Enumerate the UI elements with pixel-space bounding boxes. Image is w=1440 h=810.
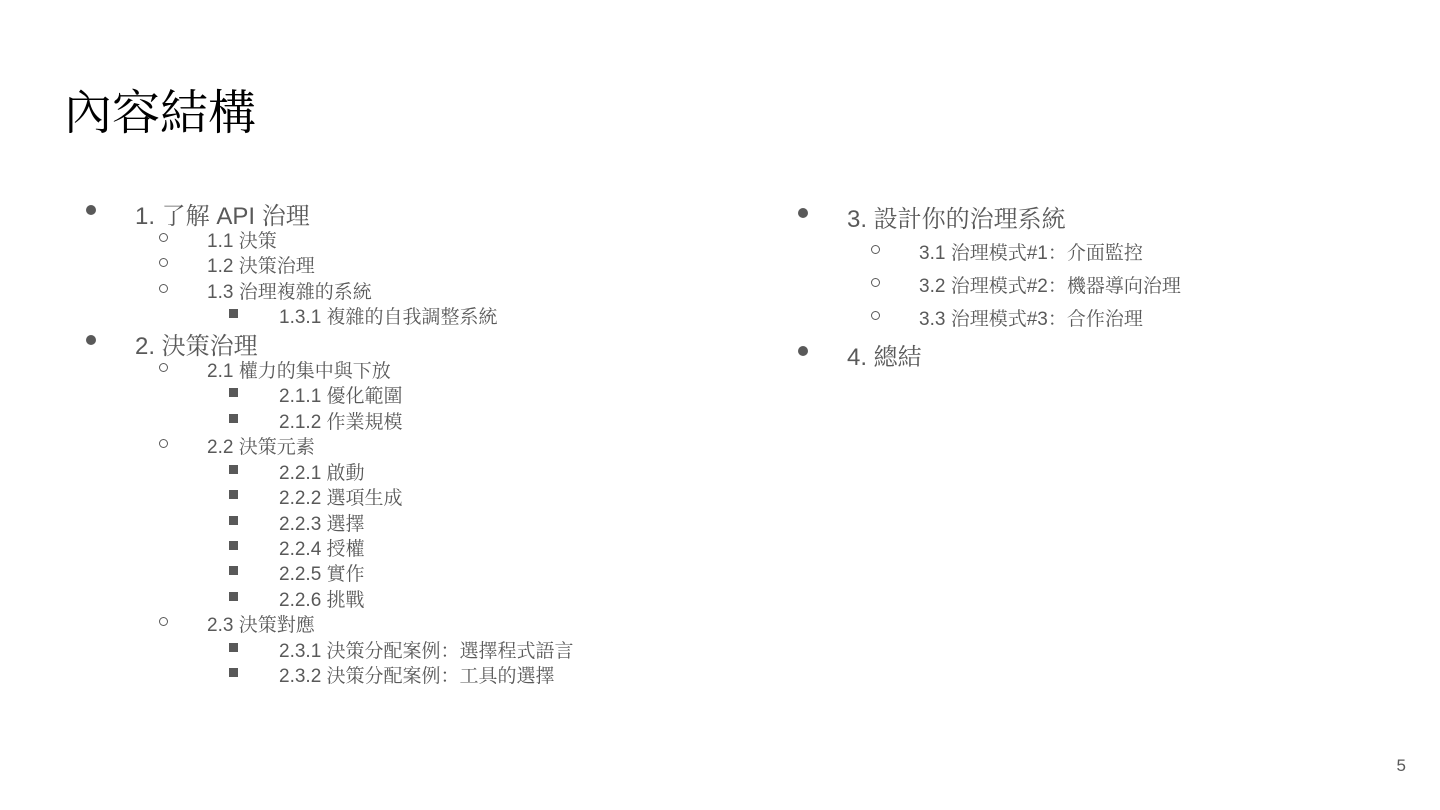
hollow-circle-bullet-icon (159, 363, 168, 372)
square-bullet-icon (229, 643, 238, 652)
square-bullet-icon (229, 541, 238, 550)
hollow-circle-bullet-icon (159, 233, 168, 242)
hollow-circle-bullet-icon (871, 278, 880, 287)
hollow-circle-bullet-icon (159, 617, 168, 626)
outline-item-level-3: 2.3.1 決策分配案例：選擇程式語言 (279, 636, 574, 663)
square-bullet-icon (229, 668, 238, 677)
outline-item-level-2: 1.3 治理複雜的系統 (207, 277, 372, 304)
outline-item-level-2: 1.1 決策 (207, 226, 277, 253)
outline-item-level-2: 1.2 決策治理 (207, 251, 315, 278)
outline-item-level-2: 3.2 治理模式#2：機器導向治理 (919, 271, 1181, 298)
page-number: 5 (1397, 756, 1406, 776)
outline-item-level-3: 2.2.4 授權 (279, 534, 365, 561)
filled-circle-bullet-icon (798, 208, 808, 218)
outline-item-level-3: 2.2.1 啟動 (279, 458, 365, 485)
square-bullet-icon (229, 592, 238, 601)
hollow-circle-bullet-icon (159, 258, 168, 267)
outline-item-level-2: 2.2 決策元素 (207, 432, 315, 459)
square-bullet-icon (229, 465, 238, 474)
square-bullet-icon (229, 490, 238, 499)
outline-item-level-3: 2.2.2 選項生成 (279, 483, 403, 510)
outline-item-level-3: 2.2.3 選擇 (279, 509, 365, 536)
outline-item-level-3: 2.3.2 決策分配案例：工具的選擇 (279, 661, 555, 688)
square-bullet-icon (229, 388, 238, 397)
slide-title: 內容結構 (64, 84, 256, 144)
hollow-circle-bullet-icon (159, 439, 168, 448)
outline-item-level-2: 2.3 決策對應 (207, 610, 315, 637)
hollow-circle-bullet-icon (159, 284, 168, 293)
outline-item-level-3: 2.1.1 優化範圍 (279, 381, 403, 408)
square-bullet-icon (229, 414, 238, 423)
square-bullet-icon (229, 309, 238, 318)
outline-item-level-1: 3. 設計你的治理系統 (847, 199, 1066, 234)
square-bullet-icon (229, 566, 238, 575)
outline-item-level-2: 3.3 治理模式#3：合作治理 (919, 304, 1143, 331)
filled-circle-bullet-icon (86, 335, 96, 345)
hollow-circle-bullet-icon (871, 245, 880, 254)
hollow-circle-bullet-icon (871, 311, 880, 320)
outline-item-level-3: 2.2.6 挑戰 (279, 585, 365, 612)
outline-item-level-1: 4. 總結 (847, 337, 922, 372)
square-bullet-icon (229, 516, 238, 525)
outline-item-level-2: 3.1 治理模式#1：介面監控 (919, 238, 1143, 265)
outline-item-level-3: 2.2.5 實作 (279, 559, 365, 586)
outline-item-level-2: 2.1 權力的集中與下放 (207, 356, 391, 383)
filled-circle-bullet-icon (86, 205, 96, 215)
outline-item-level-3: 1.3.1 複雜的自我調整系統 (279, 302, 498, 329)
filled-circle-bullet-icon (798, 346, 808, 356)
outline-item-level-3: 2.1.2 作業規模 (279, 407, 403, 434)
